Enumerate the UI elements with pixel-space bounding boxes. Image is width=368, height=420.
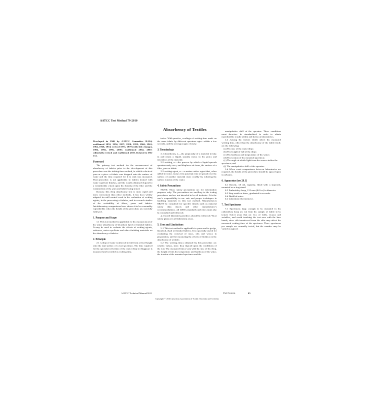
paragraph: 5.1 This test method is applicable to ya… — [157, 227, 216, 242]
section-6-heading: 6. Apparatus (see 28.1) — [222, 179, 281, 182]
column-middle: tories. With practice, readings of wetti… — [157, 130, 216, 291]
section-5-heading: 5. Uses and Limitations — [157, 223, 216, 226]
apparatus-item: 6.5 Laboratory thermometer. — [222, 198, 281, 201]
paragraph: 3.2 wetting, n.—the process by which a l… — [157, 161, 216, 170]
copyright-line: Copyright © 2010 American Association of… — [93, 298, 281, 300]
column-right: manipulative skill of the operator. Thes… — [222, 130, 281, 291]
footer-manual-name: AATCC Technical Manual/2011 — [121, 292, 152, 295]
paragraph: 3.3 wetting agent, n.—a surface active a… — [157, 170, 216, 182]
paragraph: 1.1 This test method is applicable to th… — [93, 220, 152, 235]
section-2-heading: 2. Principle — [93, 238, 152, 241]
paragraph: 7.1 Specimens large enough to be mounted… — [222, 207, 281, 230]
revision-history: Developed in 1946 by AATCC Committee RA3… — [93, 140, 152, 157]
paragraph: The primary test method for the measurem… — [93, 164, 152, 190]
paragraph: Because this drop absorbency test is mor… — [93, 190, 152, 213]
paragraph: 5.4 When exact comparisons between labor… — [222, 168, 281, 177]
section-3-heading: 3. Terminology — [157, 148, 216, 151]
text-columns: Developed in 1946 by AATCC Committee RA3… — [93, 130, 281, 291]
paragraph: 4.1 Good laboratory practices should be … — [157, 214, 216, 220]
doc-header: AATCC Test Method 79-2010 — [100, 119, 137, 122]
paragraph: tories. With practice, readings of wetti… — [157, 137, 216, 146]
column-left: Developed in 1946 by AATCC Committee RA3… — [93, 130, 152, 291]
document-page: AATCC Test Method 79-2010 Absorbency of … — [93, 118, 281, 313]
footer-tm-code: TM 79-2010 — [223, 292, 235, 295]
paragraph: 2.1 A drop of water is allowed to fall f… — [93, 242, 152, 254]
safety-note: NOTE: These safety precautions are for i… — [157, 188, 216, 214]
page-number: 85 — [248, 292, 250, 295]
paragraph: 5.2 The wetting times obtained by this p… — [157, 241, 216, 256]
section-1-heading: 1. Purpose and Scope — [93, 216, 152, 219]
section-7-heading: 7. Test Specimens — [222, 203, 281, 206]
foreword-heading: Foreword — [93, 160, 152, 163]
section-4-heading: 4. Safety Precautions — [157, 184, 216, 187]
